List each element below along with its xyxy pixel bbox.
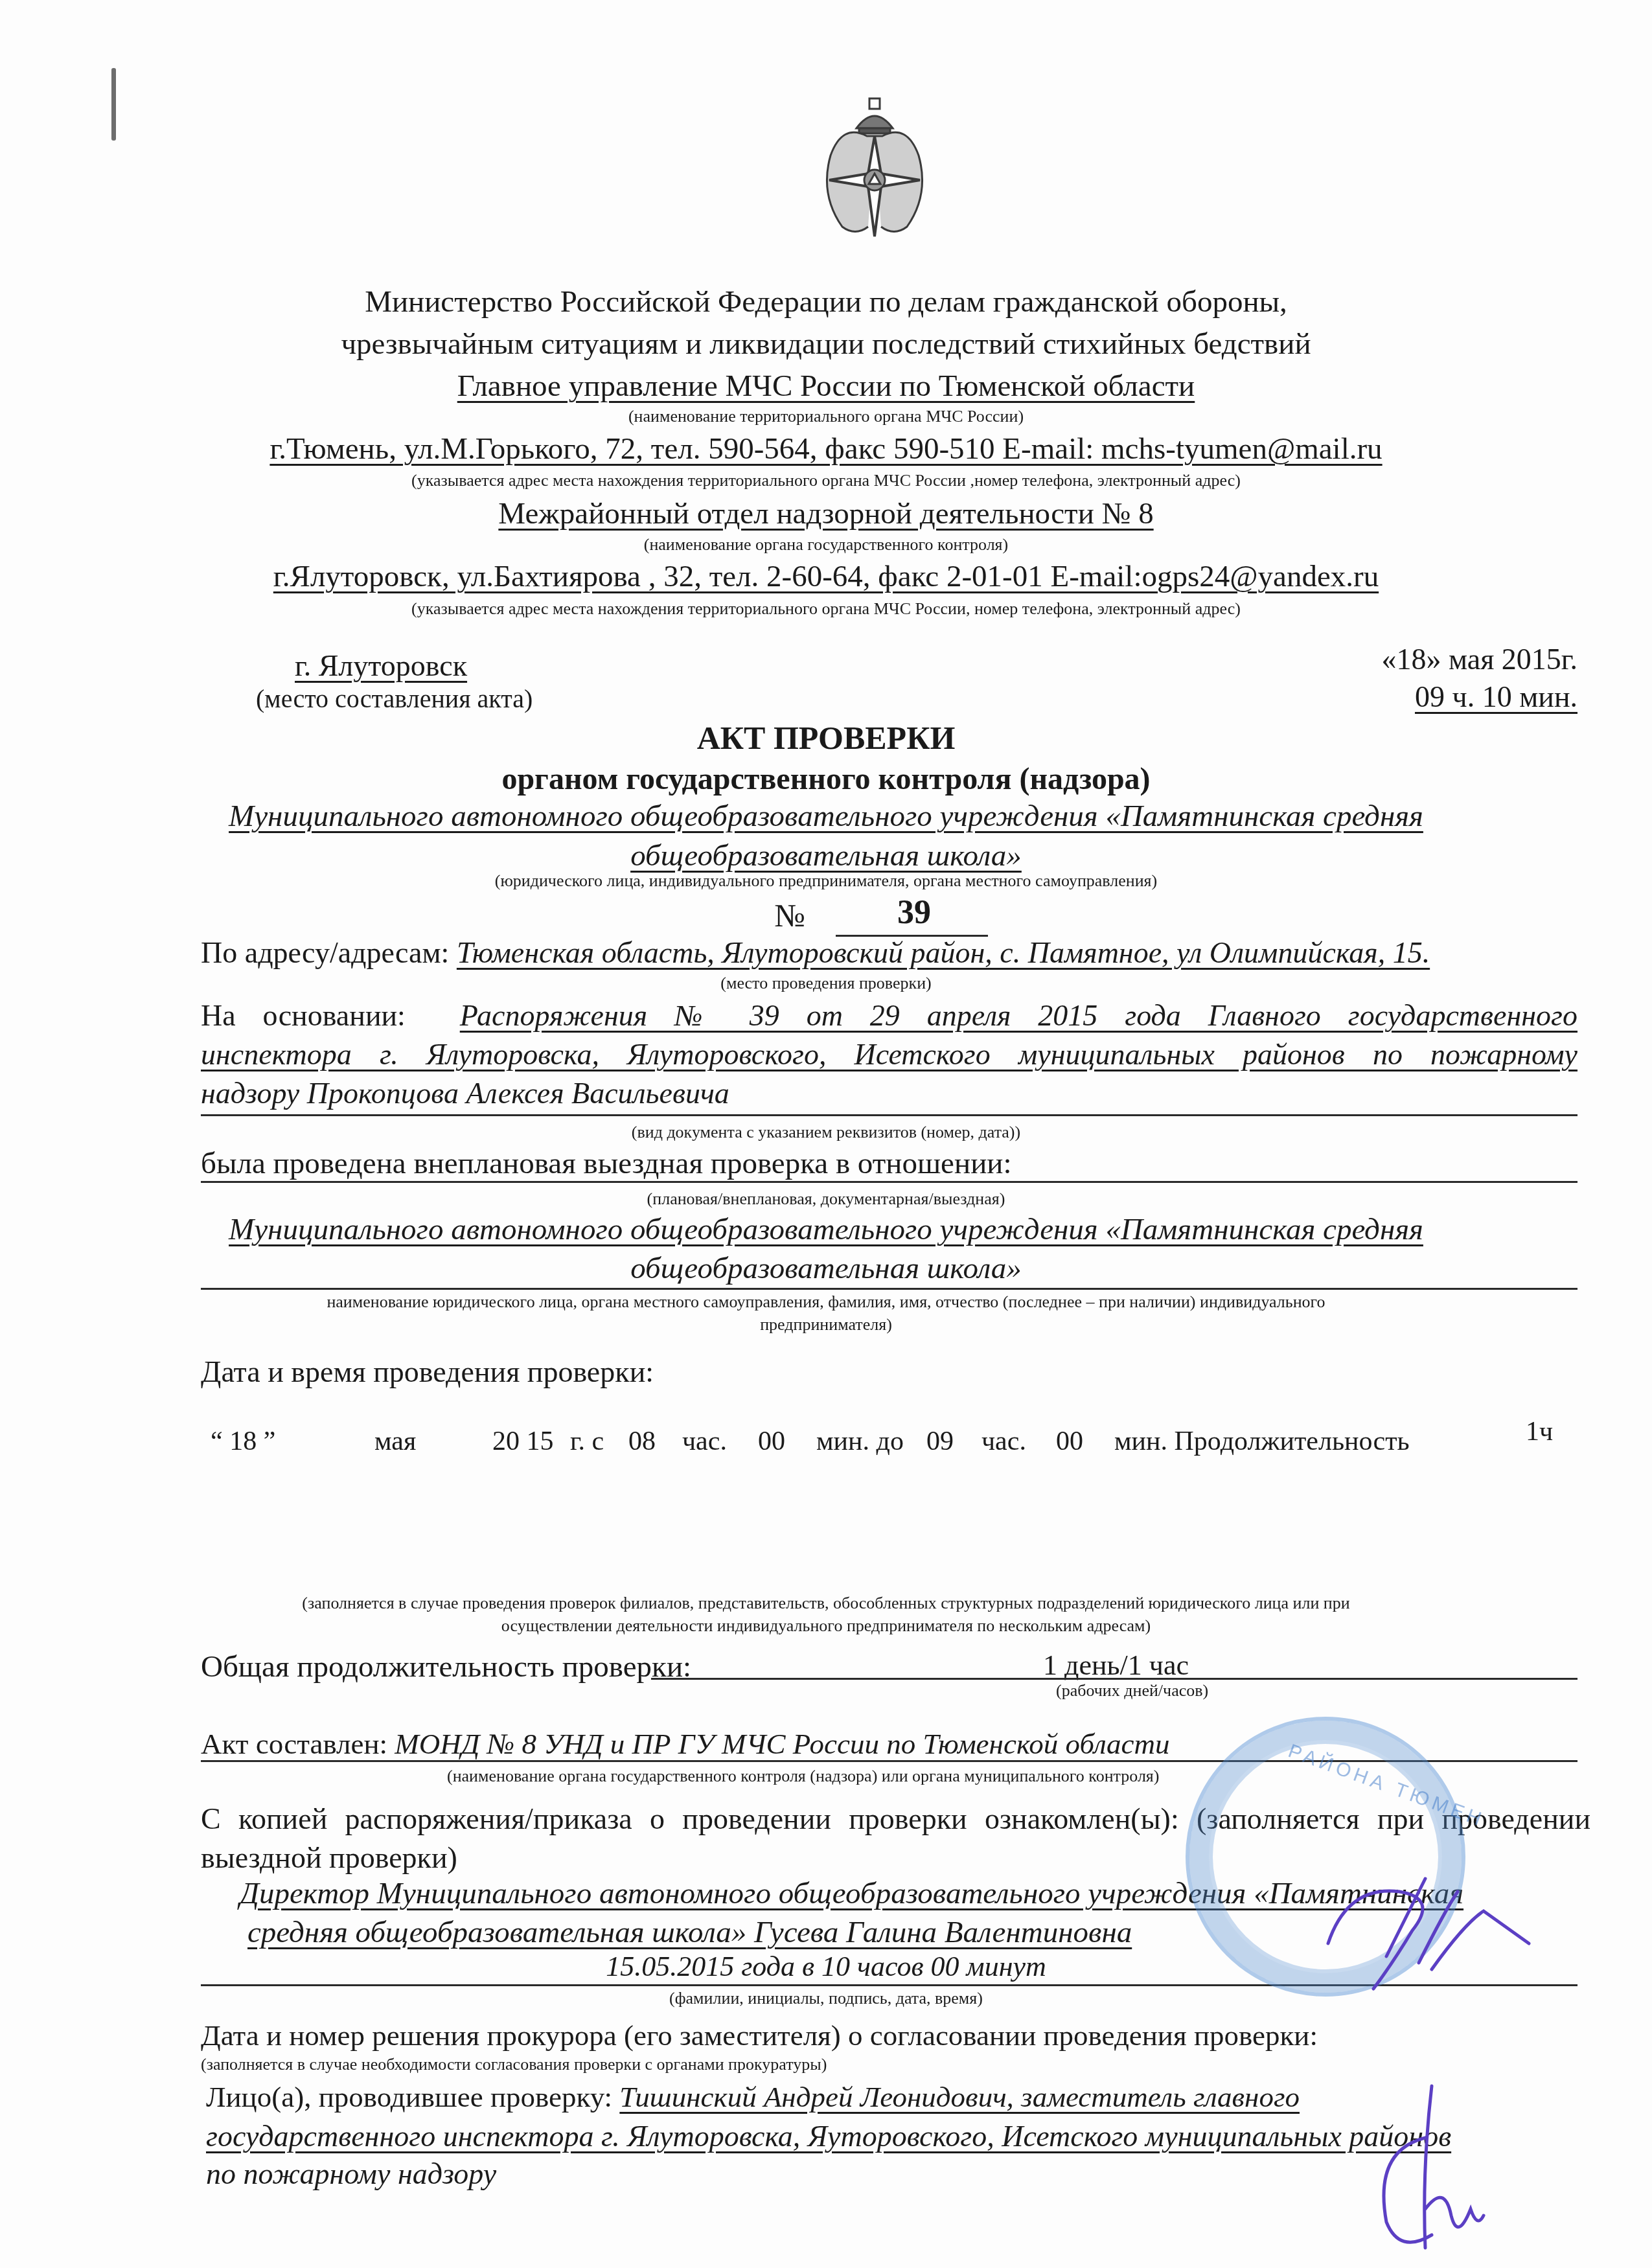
inspector-row: Лицо(а), проводившее проверку: Тишинский… — [206, 2079, 1300, 2114]
territorial-body-row: Главное управление МЧС России по Тюменск… — [0, 368, 1652, 404]
audited-entity-hint: (юридического лица, индивидуального пред… — [0, 871, 1652, 891]
dt-from-hour: 08 — [628, 1425, 656, 1458]
inspected-entity-hint-2: предпринимателя) — [0, 1315, 1652, 1334]
staple-mark — [111, 68, 116, 141]
ministry-line-1: Министерство Российской Федерации по дел… — [0, 284, 1652, 320]
dt-from-min: 00 — [758, 1425, 785, 1458]
basis-line-2: инспектора г. Ялуторовска, Ялуторовского… — [201, 1037, 1577, 1072]
control-address-row: г.Ялуторовск, ул.Бахтиярова , 32, тел. 2… — [0, 558, 1652, 595]
compiled-by-value: МОНД № 8 УНД и ПР ГУ МЧС России по Тюмен… — [395, 1728, 1169, 1760]
territorial-address-row: г.Тюмень, ул.М.Горького, 72, тел. 590-56… — [0, 431, 1652, 467]
time-row: 09 ч. 10 мин. — [1415, 679, 1577, 715]
director-signature-icon — [1322, 1866, 1535, 1995]
total-duration-hint: (рабочих дней/часов) — [1056, 1681, 1208, 1701]
control-body-hint: (наименование органа государственного ко… — [0, 535, 1652, 555]
inspector-line-1: Тишинский Андрей Леонидович, заместитель… — [619, 2081, 1300, 2113]
number-sign: № — [774, 896, 805, 935]
entity-row-2: общеобразовательная школа» — [0, 838, 1652, 874]
basis-line-1: Распоряжения № 39 от 29 апреля 2015 года… — [460, 999, 1577, 1032]
inspected-entity-underline — [201, 1288, 1577, 1290]
act-place: г. Ялуторовск — [295, 649, 467, 682]
audited-entity-line-2: общеобразовательная школа» — [630, 839, 1022, 873]
dt-hour-label-2: час. — [981, 1425, 1026, 1458]
dt-to-min: 00 — [1056, 1425, 1083, 1458]
control-address-hint: (указывается адрес места нахождения терр… — [0, 599, 1652, 619]
compiled-by-row: Акт составлен: МОНД № 8 УНД и ПР ГУ МЧС … — [201, 1726, 1170, 1761]
address-label: По адресу/адресам: — [201, 936, 449, 969]
dt-year: 20 15 — [492, 1425, 554, 1458]
prosecutor-label: Дата и номер решения прокурора (его заме… — [201, 2018, 1318, 2053]
inspector-label: Лицо(а), проводившее проверку: — [206, 2081, 612, 2113]
total-duration-underline — [651, 1678, 1577, 1680]
branches-hint-2: осуществлении деятельности индивидуально… — [0, 1616, 1652, 1636]
inspection-act-page: Министерство Российской Федерации по дел… — [0, 0, 1652, 2268]
act-date: «18» мая 2015г. — [1381, 641, 1577, 677]
territorial-address: г.Тюмень, ул.М.Горького, 72, тел. 590-56… — [270, 432, 1382, 466]
branches-hint-1: (заполняется в случае проведения проверо… — [0, 1594, 1652, 1613]
compiled-by-hint: (наименование органа государственного ко… — [447, 1767, 1159, 1786]
inspected-entity-line-2: общеобразовательная школа» — [0, 1250, 1652, 1287]
place-row: г. Ялуторовск — [295, 648, 467, 683]
emchs-emblem-icon — [816, 97, 933, 246]
control-body: Межрайонный отдел надзорной деятельности… — [498, 497, 1153, 531]
basis-label: На основании: — [201, 999, 406, 1032]
dt-from-label: г. с — [570, 1425, 604, 1458]
dt-hour-label: час. — [682, 1425, 727, 1458]
prosecutor-hint: (заполняется в случае необходимости согл… — [201, 2055, 827, 2074]
inspector-signature-icon — [1360, 2079, 1490, 2267]
dt-min-label: мин. Продолжительность — [1114, 1425, 1410, 1458]
inspected-entity-hint-1: наименование юридического лица, органа м… — [0, 1292, 1652, 1312]
act-place-hint: (место составления акта) — [256, 683, 533, 715]
dt-duration: 1ч — [1526, 1415, 1553, 1448]
compiled-by-label: Акт составлен: — [201, 1728, 387, 1760]
act-time: 09 ч. 10 мин. — [1415, 680, 1577, 713]
act-subtitle: органом государственного контроля (надзо… — [0, 761, 1652, 797]
basis-hint: (вид документа с указанием реквизитов (н… — [0, 1123, 1652, 1142]
dt-min-to-label: мин. до — [816, 1425, 904, 1458]
inspection-type-hint: (плановая/внеплановая, документарная/вые… — [0, 1189, 1652, 1209]
control-address: г.Ялуторовск, ул.Бахтиярова , 32, тел. 2… — [273, 560, 1379, 593]
territorial-address-hint: (указывается адрес места нахождения терр… — [0, 471, 1652, 490]
act-title: АКТ ПРОВЕРКИ — [0, 719, 1652, 757]
territorial-body: Главное управление МЧС России по Тюменск… — [457, 369, 1195, 403]
ministry-line-2: чрезвычайным ситуациям и ликвидации посл… — [0, 326, 1652, 362]
inspector-line-2: государственного инспектора г. Ялуторовс… — [206, 2118, 1451, 2154]
dt-month: мая — [374, 1425, 416, 1458]
basis-underline — [201, 1114, 1577, 1116]
entity-row-1: Муниципального автономного общеобразоват… — [0, 798, 1652, 834]
address-row: По адресу/адресам: Тюменская область, Ял… — [201, 935, 1430, 970]
inspection-underline — [201, 1181, 1577, 1183]
dt-to-hour: 09 — [926, 1425, 954, 1458]
act-number: 39 — [897, 893, 931, 933]
audited-entity-line-1: Муниципального автономного общеобразоват… — [229, 799, 1423, 833]
basis-line-3: надзору Прокопцова Алексея Васильевича — [201, 1075, 729, 1111]
dt-day: “ 18 ” — [211, 1425, 275, 1458]
acquainted-text-2: выездной проверки) — [201, 1840, 457, 1875]
total-duration-label: Общая продолжительность проверки: — [201, 1649, 691, 1685]
territorial-body-hint: (наименование территориального органа МЧ… — [0, 407, 1652, 426]
acquainted-value-2: средняя общеобразовательная школа» Гусев… — [247, 1914, 1132, 1951]
control-body-row: Межрайонный отдел надзорной деятельности… — [0, 496, 1652, 532]
inspected-entity-row-1: Муниципального автономного общеобразоват… — [0, 1211, 1652, 1248]
inspected-entity-line-1: Муниципального автономного общеобразоват… — [229, 1213, 1423, 1246]
inspection-statement: была проведена внеплановая выездная пров… — [201, 1145, 1012, 1182]
datetime-label: Дата и время проведения проверки: — [201, 1354, 654, 1390]
inspector-line-3: по пожарному надзору — [206, 2156, 496, 2192]
basis-row-1: На основании: Распоряжения № 39 от 29 ап… — [201, 998, 1577, 1033]
address-hint: (место проведения проверки) — [0, 974, 1652, 993]
address-value: Тюменская область, Ялуторовский район, с… — [457, 936, 1430, 969]
